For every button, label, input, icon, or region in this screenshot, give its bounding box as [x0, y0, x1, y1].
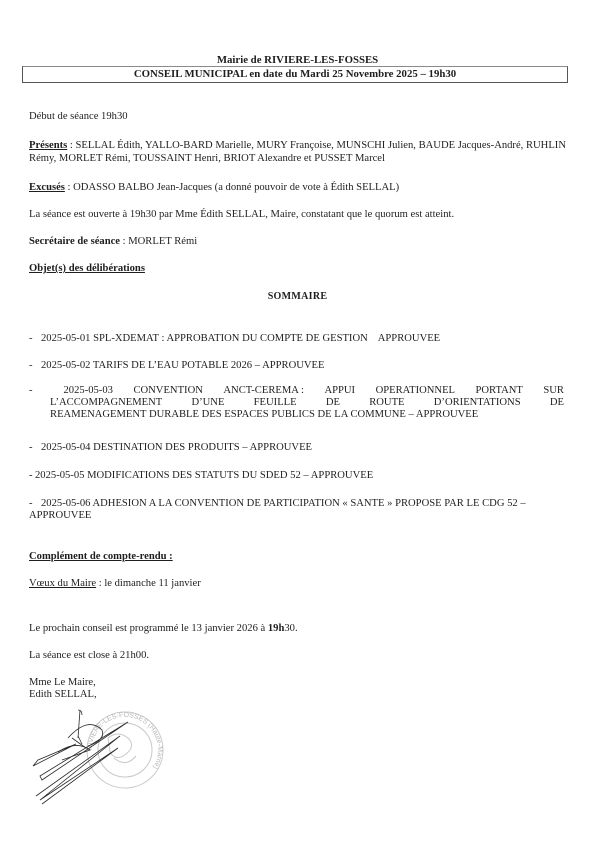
sommaire-item-3-line-1: -2025-05-03CONVENTIONANCT-CEREMA :APPUIO… [29, 385, 564, 397]
complement-title: Complément de compte-rendu : [29, 551, 173, 562]
sommaire-item-3: -2025-05-03CONVENTIONANCT-CEREMA :APPUIO… [29, 385, 564, 421]
signature-scribble-icon [33, 710, 128, 804]
prochain-time-bold: 19h [268, 623, 285, 634]
sommaire-item-text: 2025-05-05 MODIFICATIONS DES STATUTS DU … [35, 470, 373, 481]
cloture-text: La séance est close à 21h00. [29, 650, 569, 663]
prochain-text: Le prochain conseil est programmé le 13 … [29, 623, 268, 634]
sommaire-item-3-line-2: L’ACCOMPAGNEMENTD’UNEFEUILLEDEROUTED’ORI… [29, 397, 564, 409]
voeux-paragraph: Vœux du Maire : le dimanche 11 janvier [29, 578, 569, 591]
sommaire-item-text: 2025-05-01 SPL-XDEMAT : APPROBATION DU C… [41, 333, 440, 344]
word: L’ACCOMPAGNEMENT [50, 397, 162, 409]
ouverture-text: La séance est ouverte à 19h30 par Mme Éd… [29, 209, 569, 222]
excuses-paragraph: Excusés : ODASSO BALBO Jean-Jacques (a d… [29, 182, 569, 195]
sommaire-item-3-line-3: REAMENAGEMENT DURABLE DES ESPACES PUBLIC… [29, 409, 564, 421]
word: SUR [543, 385, 564, 397]
excuses-label: Excusés [29, 182, 65, 193]
voeux-label: Vœux du Maire [29, 578, 96, 589]
sommaire-title: SOMMAIRE [0, 291, 595, 302]
word: DE [550, 397, 564, 409]
sommaire-item-2: -2025-05-02 TARIFS DE L’EAU POTABLE 2026… [29, 360, 569, 372]
sommaire-item-text: 2025-05-04 DESTINATION DES PRODUITS – AP… [41, 442, 312, 453]
voeux-date: : le dimanche 11 janvier [96, 578, 201, 589]
word: OPERATIONNEL [376, 385, 455, 397]
sommaire-item-4: -2025-05-04 DESTINATION DES PRODUITS – A… [29, 442, 569, 454]
conseil-header-box: CONSEIL MUNICIPAL en date du Mardi 25 No… [22, 66, 568, 83]
word: DE [326, 397, 340, 409]
word: CONVENTION [133, 385, 202, 397]
objets-heading: Objet(s) des délibérations [29, 263, 569, 276]
secretaire-name: : MORLET Rémi [120, 236, 197, 247]
word: ROUTE [369, 397, 404, 409]
objets-label: Objet(s) des délibérations [29, 263, 145, 274]
secretaire-label: Secrétaire de séance [29, 236, 120, 247]
mairie-title: Mairie de RIVIERE-LES-FOSSES [0, 54, 595, 66]
list-dash: - [29, 498, 41, 510]
list-dash: - [29, 385, 43, 397]
signature-name: Edith SELLAL, [29, 689, 569, 702]
signature-and-stamp: RIVIERE-LES-FOSSES (Haute-Marne) [28, 708, 178, 808]
secretaire-paragraph: Secrétaire de séance : MORLET Rémi [29, 236, 569, 249]
presents-list: : SELLAL Édith, YALLO-BARD Marielle, MUR… [29, 140, 566, 164]
sommaire-item-1: -2025-05-01 SPL-XDEMAT : APPROBATION DU … [29, 333, 569, 345]
sommaire-item-text: 2025-05-06 ADHESION A LA CONVENTION DE P… [29, 498, 526, 521]
debut-seance: Début de séance 19h30 [29, 111, 569, 124]
complement-heading: Complément de compte-rendu : [29, 551, 569, 564]
word: 2025-05-03 [64, 385, 113, 397]
sommaire-item-text: 2025-05-02 TARIFS DE L’EAU POTABLE 2026 … [41, 360, 324, 371]
presents-label: Présents [29, 140, 67, 151]
excuses-list: : ODASSO BALBO Jean-Jacques (a donné pou… [65, 182, 399, 193]
word: D’ORIENTATIONS [434, 397, 521, 409]
word: APPUI [324, 385, 355, 397]
word: FEUILLE [254, 397, 297, 409]
list-dash: - [29, 442, 41, 454]
list-dash: - [29, 333, 41, 345]
prochain-time-rest: 30. [284, 623, 297, 634]
presents-paragraph: Présents : SELLAL Édith, YALLO-BARD Mari… [29, 140, 569, 165]
word: ANCT-CEREMA : [223, 385, 304, 397]
sommaire-item-6: -2025-05-06 ADHESION A LA CONVENTION DE … [29, 498, 569, 522]
word: PORTANT [476, 385, 523, 397]
signature-title: Mme Le Maire, [29, 677, 569, 690]
official-stamp-icon: RIVIERE-LES-FOSSES (Haute-Marne) [28, 708, 178, 808]
sommaire-item-5: -2025-05-05 MODIFICATIONS DES STATUTS DU… [29, 470, 569, 482]
list-dash: - [29, 360, 41, 372]
prochain-conseil: Le prochain conseil est programmé le 13 … [29, 623, 569, 636]
word: D’UNE [191, 397, 224, 409]
